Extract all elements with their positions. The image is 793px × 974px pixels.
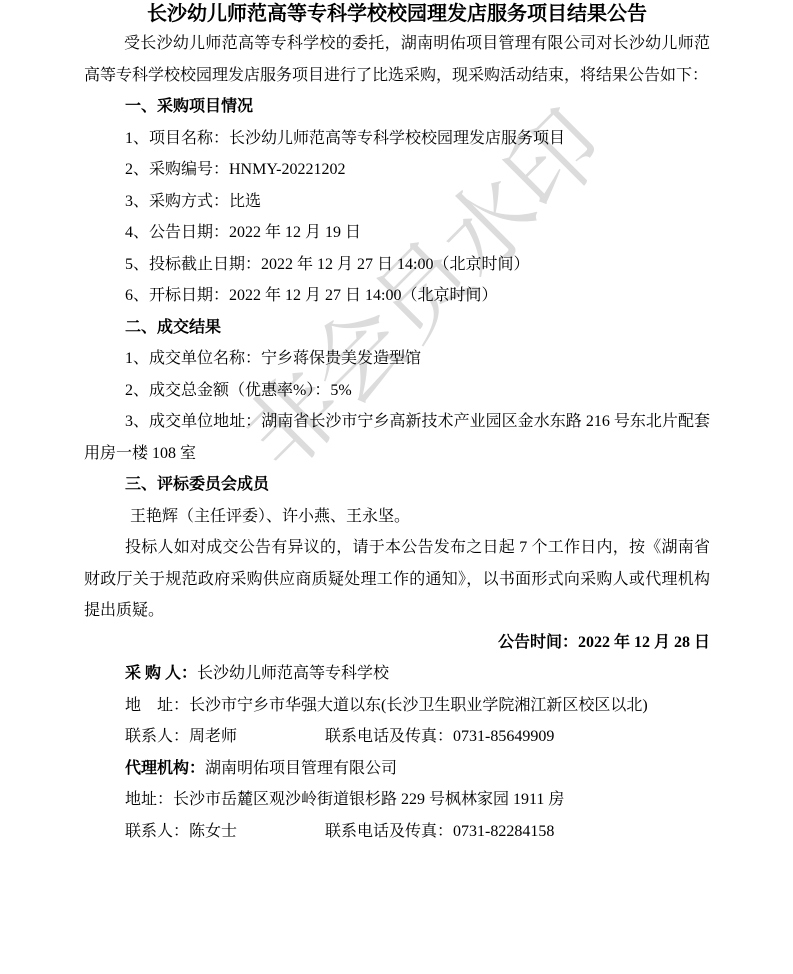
purchaser-label: 采 购 人： bbox=[125, 665, 197, 682]
section2-item-winner-name: 1、成交单位名称：宁乡蒋保贵美发造型馆 bbox=[84, 343, 710, 375]
agency-phone: 联系电话及传真：0731-82284158 bbox=[325, 823, 554, 840]
section2-item-winner-address: 3、成交单位地址：湖南省长沙市宁乡高新技术产业园区金水东路 216 号东北片配套… bbox=[84, 406, 710, 469]
objection-paragraph: 投标人如对成交公告有异议的，请于本公告发布之日起 7 个工作日内，按《湖南省财政… bbox=[84, 532, 710, 627]
committee-members: 王艳辉（主任评委）、许小燕、王永坚。 bbox=[84, 501, 710, 533]
purchaser-address-label: 地 址： bbox=[125, 697, 189, 714]
agency-name: 湖南明佑项目管理有限公司 bbox=[205, 760, 397, 777]
section1-item-procurement-number: 2、采购编号：HNMY-20221202 bbox=[84, 154, 710, 186]
announcement-time: 公告时间：2022 年 12 月 28 日 bbox=[84, 627, 710, 659]
purchaser-line: 采 购 人：长沙幼儿师范高等专科学校 bbox=[84, 658, 710, 690]
document-body: 长沙幼儿师范高等专科学校校园理发店服务项目结果公告 受长沙幼儿师范高等专科学校的… bbox=[84, 0, 710, 847]
agency-address-line: 地址：长沙市岳麓区观沙岭街道银杉路 229 号枫林家园 1911 房 bbox=[84, 784, 710, 816]
section1-heading: 一、采购项目情况 bbox=[84, 91, 710, 123]
purchaser-address: 长沙市宁乡市华强大道以东(长沙卫生职业学院湘江新区校区以北) bbox=[189, 697, 648, 714]
section1-item-procurement-method: 3、采购方式：比选 bbox=[84, 186, 710, 218]
document-page: 非会员水印 长沙幼儿师范高等专科学校校园理发店服务项目结果公告 受长沙幼儿师范高… bbox=[0, 0, 793, 974]
intro-paragraph: 受长沙幼儿师范高等专科学校的委托，湖南明佑项目管理有限公司对长沙幼儿师范高等专科… bbox=[84, 28, 710, 91]
section1-item-announcement-date: 4、公告日期：2022 年 12 月 19 日 bbox=[84, 217, 710, 249]
purchaser-name: 长沙幼儿师范高等专科学校 bbox=[197, 665, 389, 682]
section1-item-bid-opening-date: 6、开标日期：2022 年 12 月 27 日 14:00（北京时间） bbox=[84, 280, 710, 312]
agency-contact-line: 联系人：陈女士联系电话及传真：0731-82284158 bbox=[84, 816, 710, 848]
section2-item-total-amount: 2、成交总金额（优惠率%）：5% bbox=[84, 375, 710, 407]
section1-item-bid-deadline: 5、投标截止日期：2022 年 12 月 27 日 14:00（北京时间） bbox=[84, 249, 710, 281]
agency-contact: 联系人：陈女士 bbox=[125, 816, 325, 848]
section2-heading: 二、成交结果 bbox=[84, 312, 710, 344]
purchaser-contact-line: 联系人：周老师联系电话及传真：0731-85649909 bbox=[84, 721, 710, 753]
agency-line: 代理机构：湖南明佑项目管理有限公司 bbox=[84, 753, 710, 785]
section3-heading: 三、评标委员会成员 bbox=[84, 469, 710, 501]
page-title: 长沙幼儿师范高等专科学校校园理发店服务项目结果公告 bbox=[84, 0, 710, 28]
purchaser-address-line: 地 址：长沙市宁乡市华强大道以东(长沙卫生职业学院湘江新区校区以北) bbox=[84, 690, 710, 722]
agency-address: 长沙市岳麓区观沙岭街道银杉路 229 号枫林家园 1911 房 bbox=[173, 791, 564, 808]
agency-label: 代理机构： bbox=[125, 760, 205, 777]
agency-address-label: 地址： bbox=[125, 791, 173, 808]
purchaser-phone: 联系电话及传真：0731-85649909 bbox=[325, 728, 554, 745]
section1-item-project-name: 1、项目名称：长沙幼儿师范高等专科学校校园理发店服务项目 bbox=[84, 123, 710, 155]
purchaser-contact: 联系人：周老师 bbox=[125, 721, 325, 753]
